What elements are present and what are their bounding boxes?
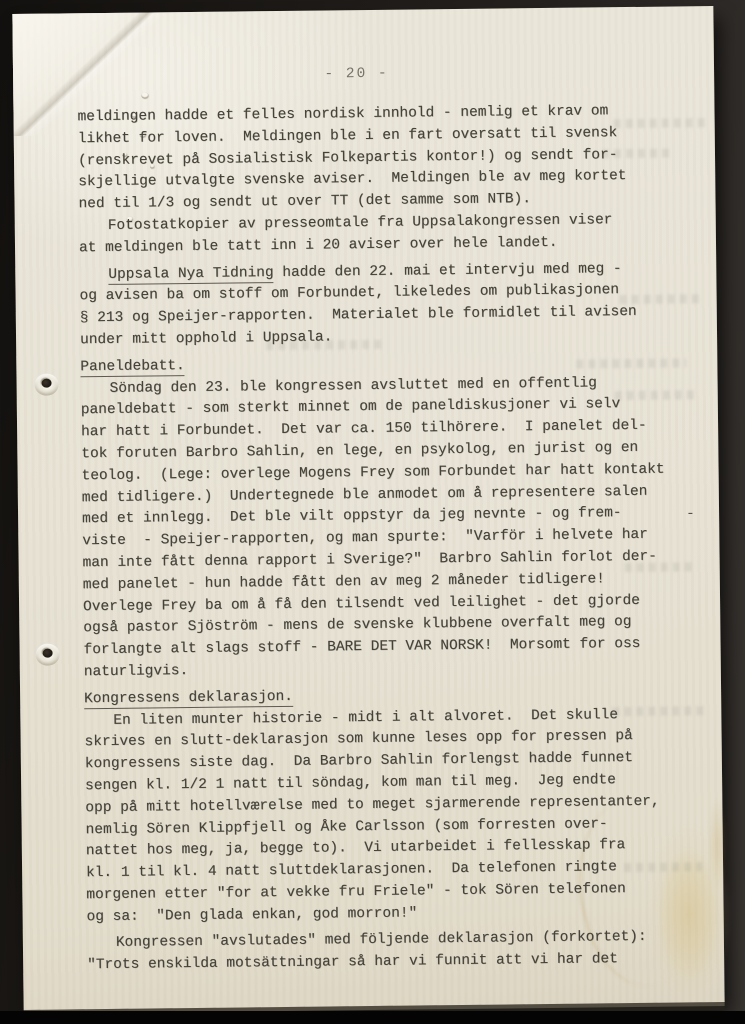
punch-hole-bottom bbox=[36, 644, 60, 666]
document-page: - 20 - - meldingen hadde et felles nordi… bbox=[12, 6, 724, 1010]
page-number: - 20 - bbox=[13, 62, 700, 86]
punch-hole-opening bbox=[43, 649, 53, 658]
document-paragraph: Kongressen "avslutades" med följende dek… bbox=[87, 927, 704, 978]
punch-hole-opening bbox=[42, 379, 52, 388]
document-paragraph: Fotostatkopier av presseomtale fra Uppsa… bbox=[79, 209, 696, 260]
scan-background: - 20 - - meldingen hadde et felles nordi… bbox=[0, 0, 745, 1024]
underlined-heading: Kongressens deklarasjon. bbox=[84, 689, 293, 709]
document-text: meldingen hadde et felles nordisk innhol… bbox=[77, 100, 704, 977]
document-paragraph: En liten munter historie - midt i alt al… bbox=[84, 704, 703, 929]
document-paragraph: Uppsala Nya Tidning hadde den 22. mai et… bbox=[79, 258, 697, 352]
paper-speck bbox=[141, 92, 148, 98]
punch-hole-top bbox=[34, 374, 58, 396]
underlined-heading: Paneldebatt. bbox=[80, 358, 185, 377]
underlined-title: Uppsala Nya Tidning bbox=[108, 265, 274, 285]
document-paragraph: Söndag den 23. ble kongressen avsluttet … bbox=[81, 372, 701, 684]
document-paragraph: meldingen hadde et felles nordisk innhol… bbox=[77, 100, 695, 216]
